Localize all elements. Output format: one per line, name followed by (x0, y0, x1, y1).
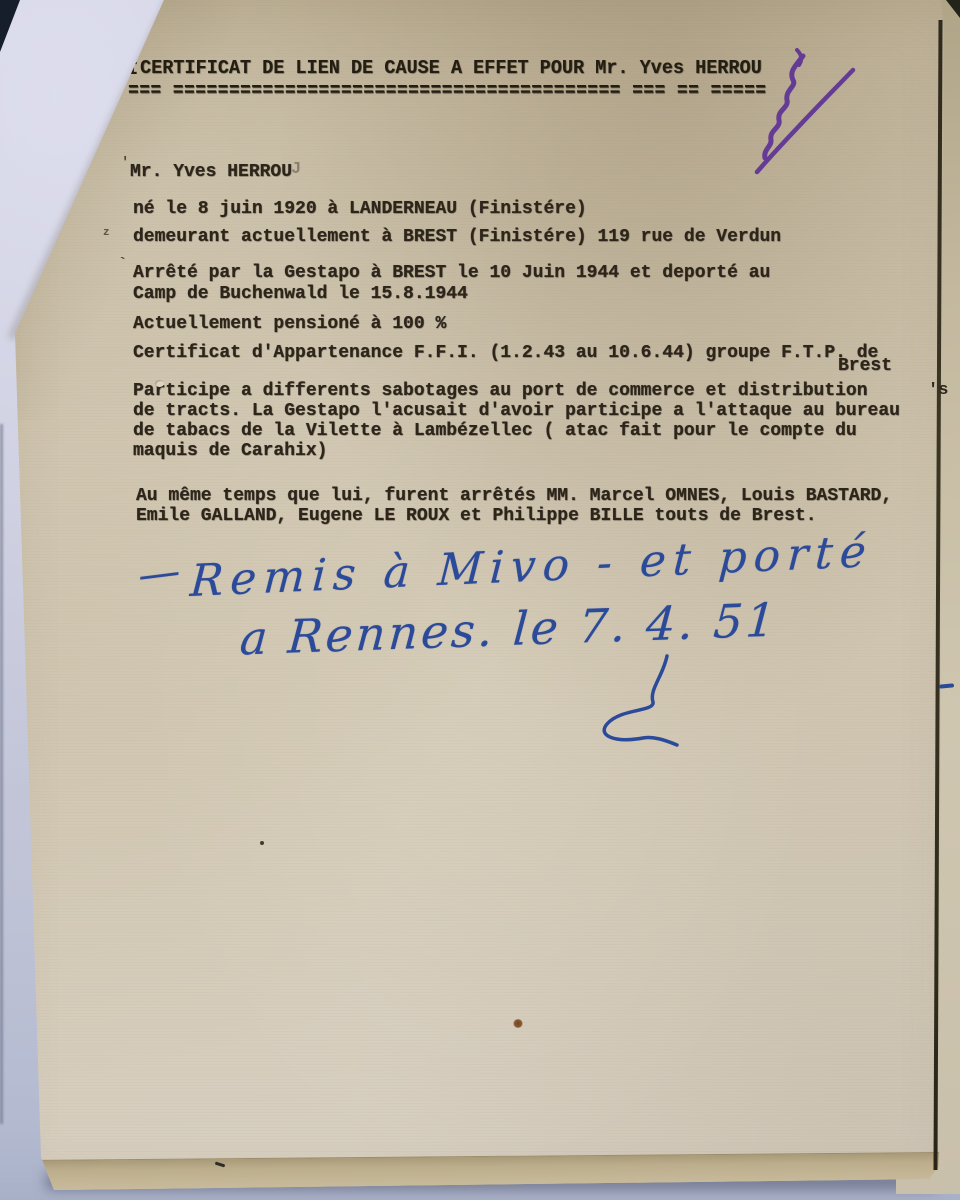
typed-line: de tracts. La Gestapo l'acusait d'avoir … (133, 401, 900, 421)
typed-line: demeurant actuellement à BREST (Finistér… (133, 227, 781, 247)
handwritten-flourish (585, 650, 725, 750)
paper-dent (155, 380, 164, 387)
title-underline: === ====================================… (128, 80, 767, 102)
backdrop-dark-corner-topleft (0, 0, 20, 52)
typed-line: de tabacs de la Vilette à Lambézellec ( … (133, 421, 857, 441)
typed-line: Participe a differents sabotages au port… (133, 381, 868, 401)
left-edge-shadow (0, 424, 3, 1124)
document-title: CERTIFICAT DE LIEN DE CAUSE A EFFET POUR… (140, 58, 762, 80)
stray-edge-text: 's (928, 381, 948, 400)
margin-mark: J (291, 160, 301, 179)
typed-line: Brest (838, 356, 892, 376)
handwritten-dash: — (135, 546, 183, 600)
document-paper: I CERTIFICAT DE LIEN DE CAUSE A EFFET PO… (0, 0, 960, 1200)
margin-mark: z (103, 227, 110, 239)
typed-line: Actuellement pensioné à 100 % (133, 314, 446, 334)
typed-line: Au même temps que lui, furent arrêtés MM… (136, 486, 892, 506)
stain-spot (513, 1019, 523, 1028)
typed-line: Arrêté par la Gestapo à BREST le 10 Juin… (133, 263, 770, 283)
typed-line: maquis de Carahix) (133, 441, 327, 461)
margin-mark: ' (121, 155, 129, 171)
photographed-document: I CERTIFICAT DE LIEN DE CAUSE A EFFET PO… (0, 0, 960, 1200)
typed-line: Emile GALLAND, Eugene LE ROUX et Philipp… (136, 506, 817, 526)
margin-mark: ` (118, 255, 128, 273)
paper-speck (260, 841, 264, 845)
typed-line: Camp de Buchenwald le 15.8.1944 (133, 284, 468, 304)
typed-line: Mr. Yves HERROU (130, 162, 292, 182)
purple-signature-mark (745, 42, 875, 187)
typed-line: Certificat d'Appartenance F.F.I. (1.2.43… (133, 343, 878, 363)
typed-line: né le 8 juin 1920 à LANDERNEAU (Finistér… (133, 199, 587, 219)
